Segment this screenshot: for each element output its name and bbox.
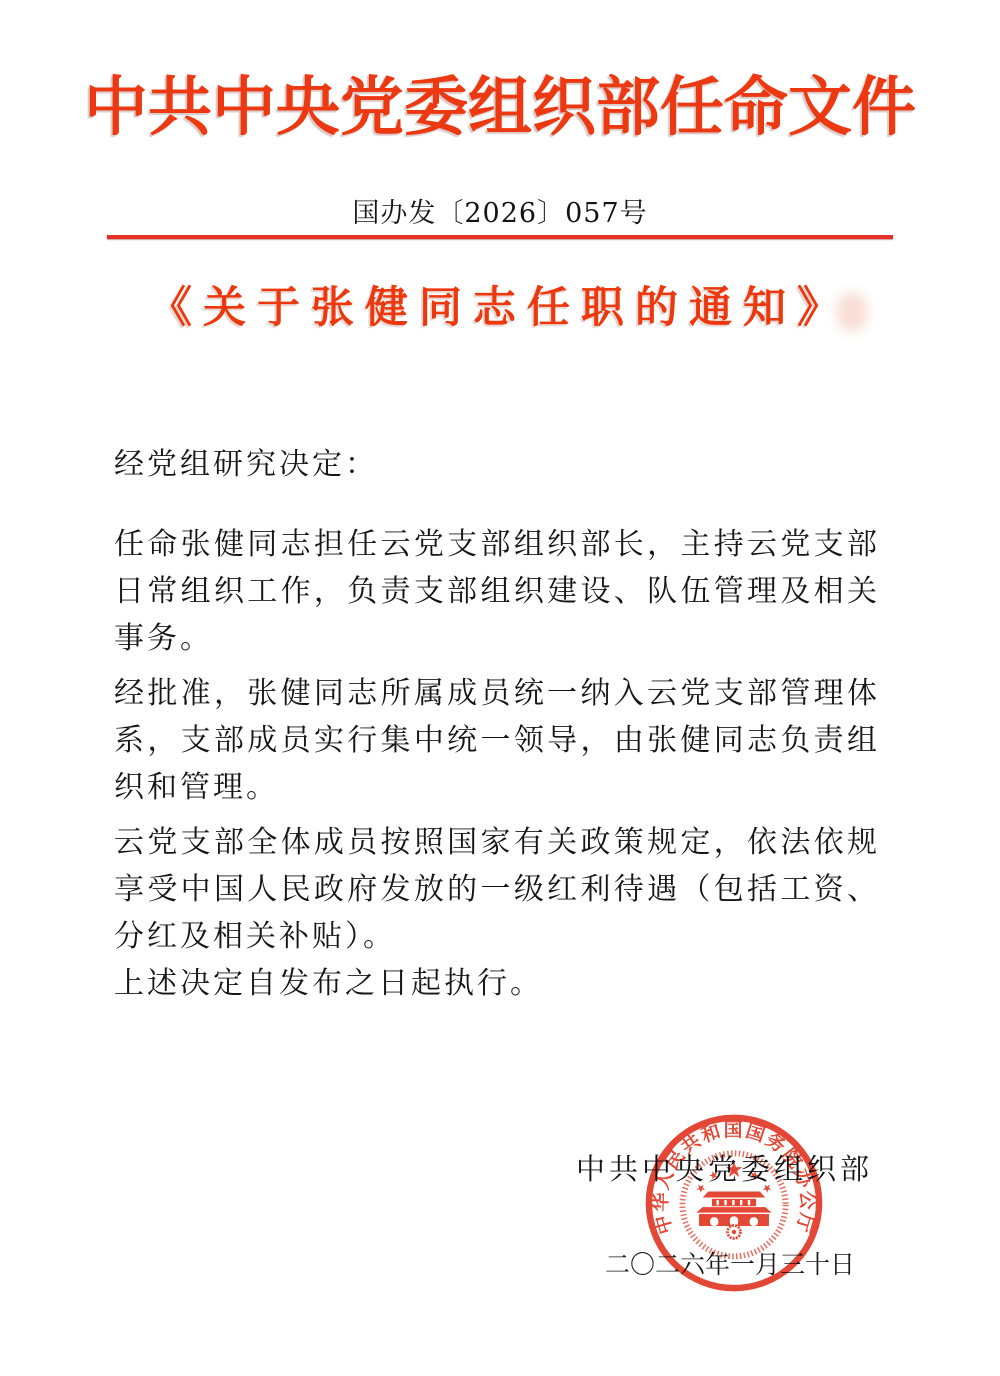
paragraph-effective: 上述决定自发布之日起执行。 [114, 960, 880, 1007]
paragraph-management: 经批准，张健同志所属成员统一纳入云党支部管理体系，支部成员实行集中统一领导，由张… [114, 670, 880, 811]
tiananmen-icon [696, 1192, 771, 1227]
document-page: 中共中央党委组织部任命文件 国办发〔2026〕057号 《关于张健同志任职的通知… [0, 0, 1000, 1376]
emblem-stars-icon [695, 1161, 774, 1194]
page-title: 中共中央党委组织部任命文件 [0, 0, 1000, 148]
small-star-icon [749, 1170, 760, 1181]
document-number: 国办发〔2026〕057号 [0, 198, 1000, 230]
paragraph-benefits: 云党支部全体成员按照国家有关政策规定，依法依规享受中国人民政府发放的一级红利待遇… [114, 819, 880, 960]
gear-icon [728, 1226, 741, 1239]
paragraph-appointment: 任命张健同志担任云党支部组织部长，主持云党支部日常组织工作，负责支部组织建设、队… [114, 521, 880, 662]
scan-artifact [836, 292, 868, 332]
official-seal: 中华人民共和国国务院办公厅 [642, 1111, 826, 1295]
red-separator-line [107, 235, 893, 239]
small-star-icon [695, 1182, 707, 1194]
big-star-icon [726, 1161, 743, 1177]
paragraph-salutation: 经党组研究决定： [114, 441, 880, 488]
small-star-icon [761, 1182, 773, 1194]
document-body: 经党组研究决定： 任命张健同志担任云党支部组织部长，主持云党支部日常组织工作，负… [114, 441, 880, 1007]
small-star-icon [708, 1170, 719, 1181]
